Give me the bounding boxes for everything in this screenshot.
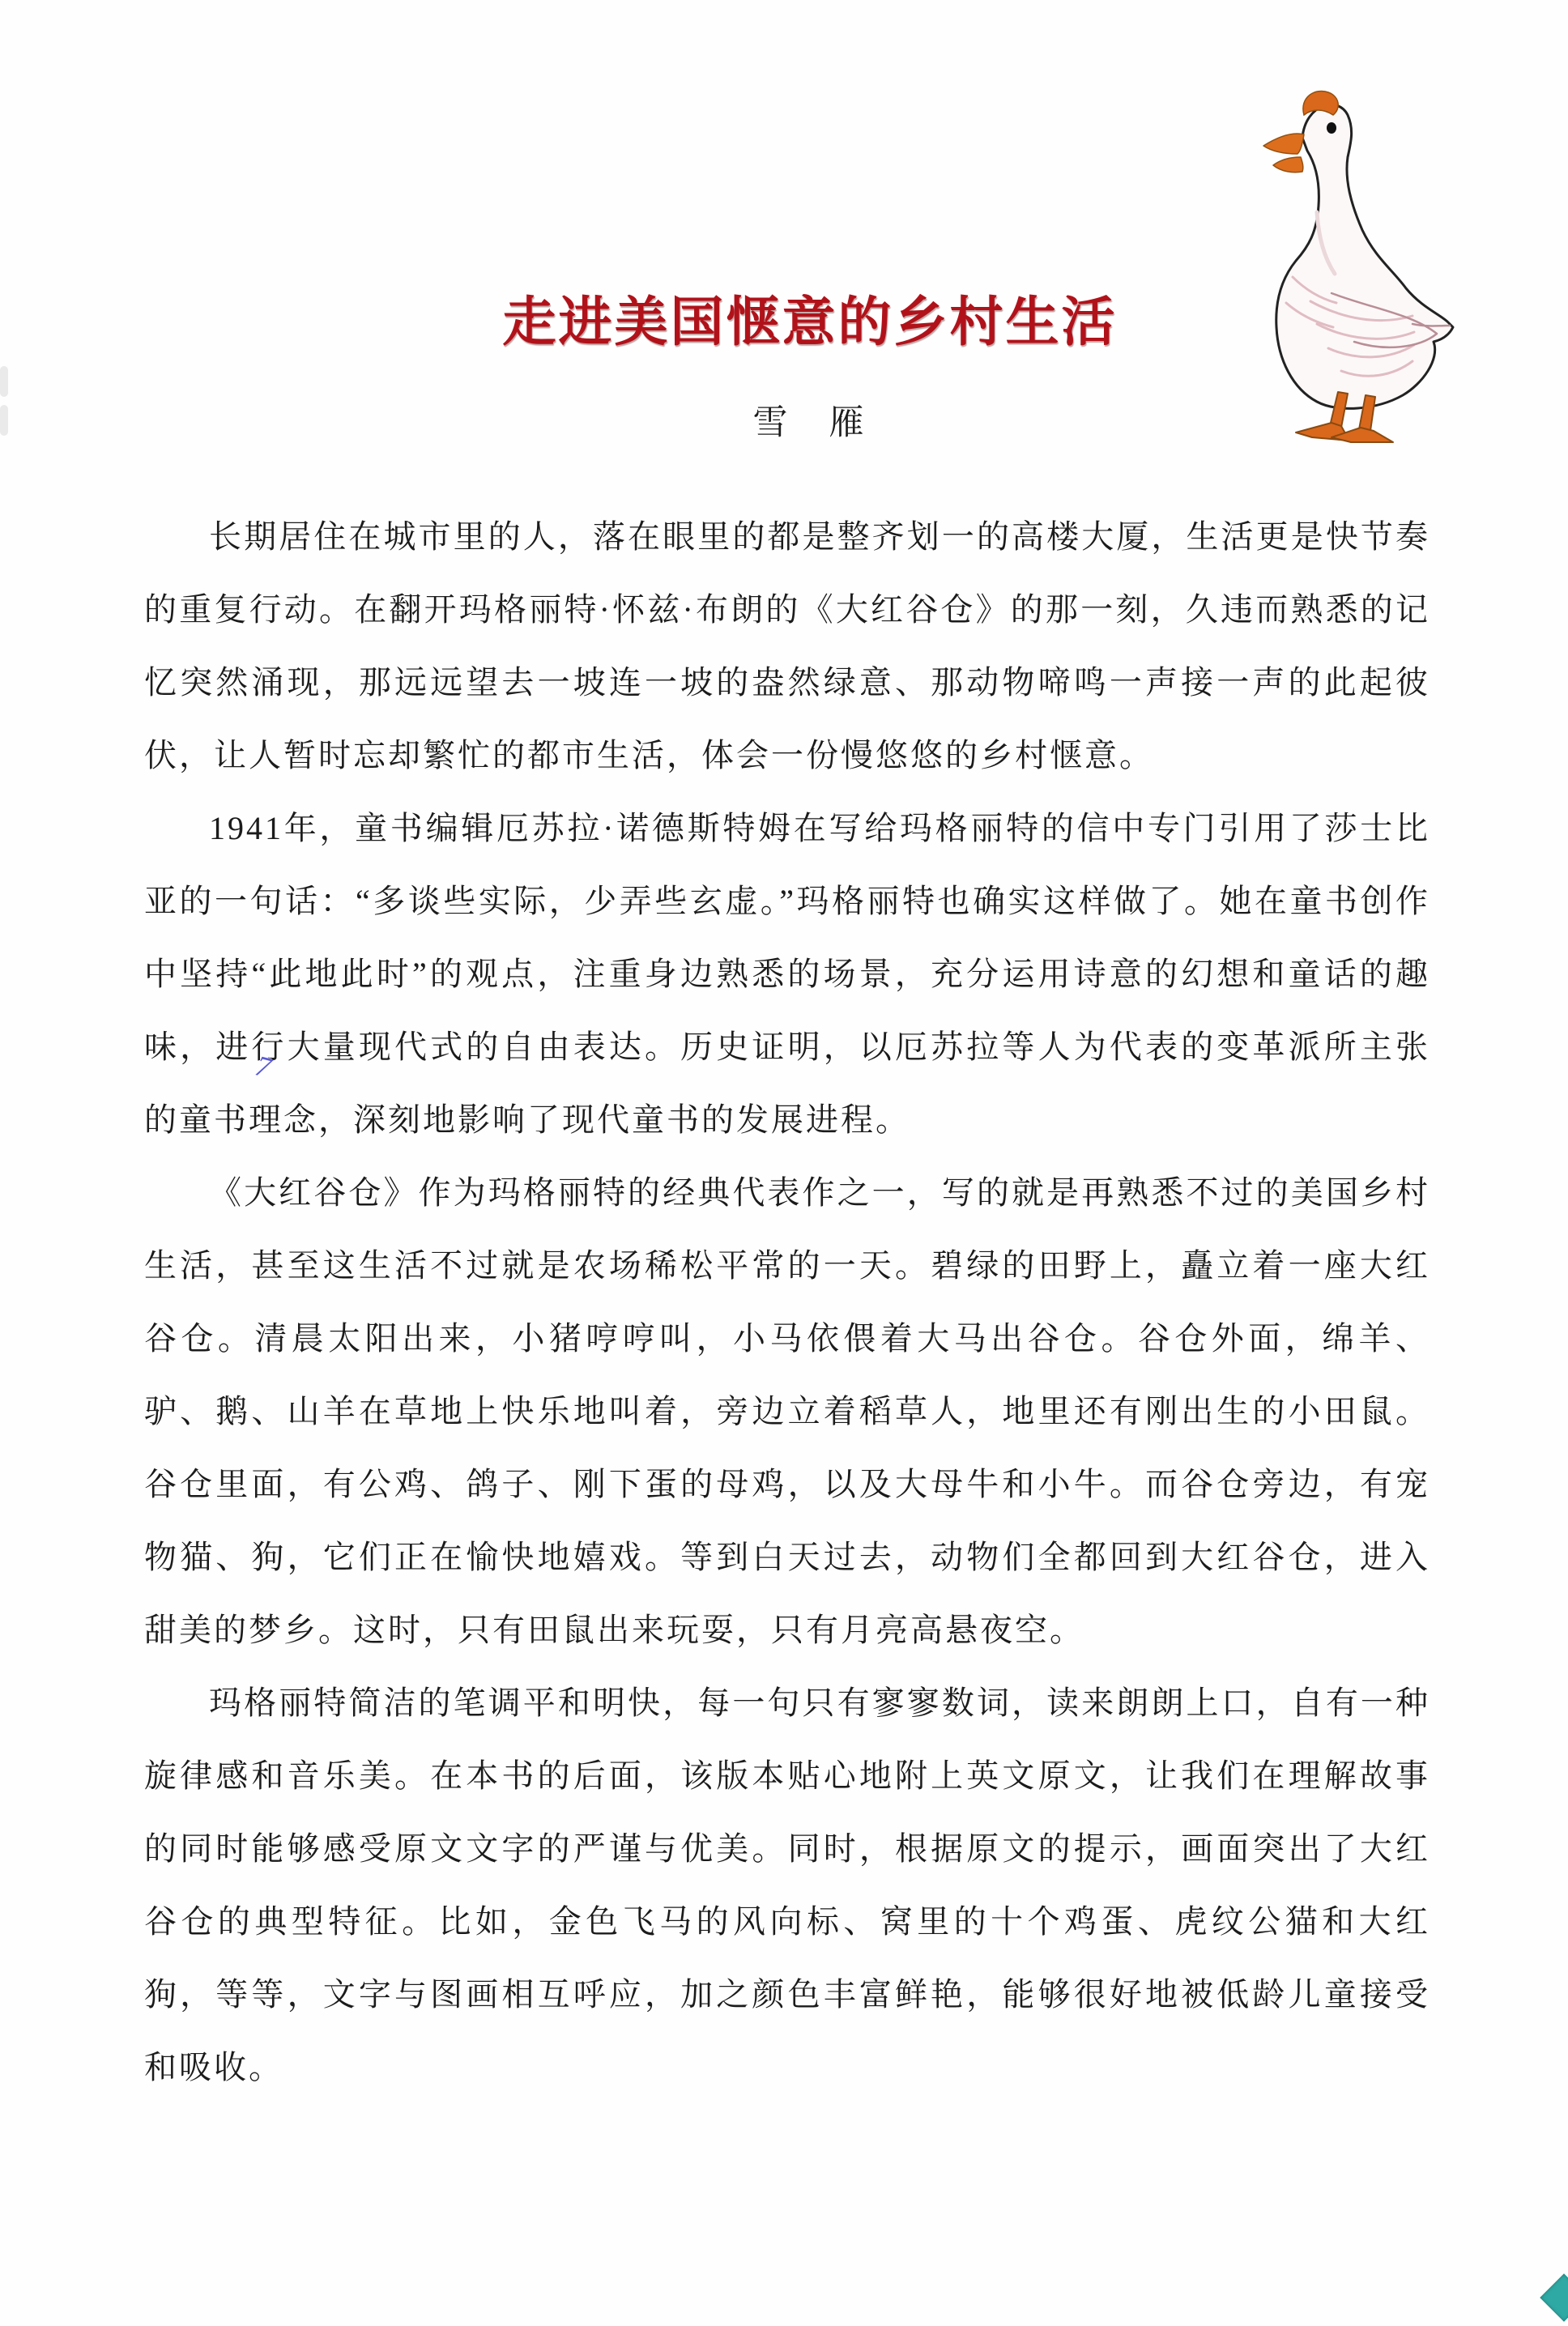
book-page: 走进美国惬意的乡村生活 雪 雁 长期居住在城市里的人，落在眼里的都是整齐划一的高… [0,0,1568,2326]
paragraph: 长期居住在城市里的人，落在眼里的都是整齐划一的高楼大厦，生活更是快节奏的重复行动… [144,501,1430,792]
paragraph: 1941年，童书编辑厄苏拉·诺德斯特姆在写给玛格丽特的信中专门引用了莎士比亚的一… [144,792,1430,1157]
paragraph: 《大红谷仓》作为玛格丽特的经典代表作之一，写的就是再熟悉不过的美国乡村生活，甚至… [144,1157,1430,1667]
article-body: 长期居住在城市里的人，落在眼里的都是整齐划一的高楼大厦，生活更是快节奏的重复行动… [144,501,1430,2104]
paragraph: 玛格丽特简洁的笔调平和明快，每一句只有寥寥数词，读来朗朗上口，自有一种旋律感和音… [144,1667,1430,2104]
scan-smudge [0,366,8,397]
scan-smudge [0,405,8,436]
goose-eye [1327,122,1336,134]
page-title: 走进美国惬意的乡村生活 [162,279,1458,356]
corner-teal-mark [1540,2273,1568,2321]
author-name: 雪 雁 [162,395,1458,445]
